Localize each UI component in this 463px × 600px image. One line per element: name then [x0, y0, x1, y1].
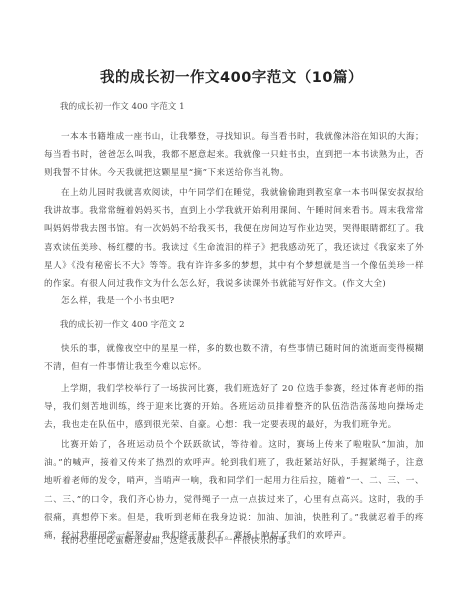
paragraph-1-2: 在上幼儿园时我就喜欢阅读，中午同学们在睡觉，我就偷偷跑到教室拿一本书叫保安叔叔给… — [44, 184, 424, 293]
section-heading-2: 我的成长初一作文 400 字范文 2 — [60, 318, 185, 330]
document-page: 我的成长初一作文400字范文（10篇） 我的成长初一作文 400 字范文 1 一… — [0, 0, 463, 600]
document-title: 我的成长初一作文400字范文（10篇） — [0, 66, 463, 87]
section-heading-1: 我的成长初一作文 400 字范文 1 — [60, 100, 185, 112]
paragraph-2-2: 上学期，我们学校举行了一场拔河比赛，我们班选好了 20 位选手参赛，经过体育老师… — [44, 380, 424, 435]
paragraph-2-4: 我的心里比吃蜜糖还要甜，这是我成长中一件很快乐的事。 — [44, 532, 424, 550]
paragraph-2-1: 快乐的事，就像夜空中的星星一样，多的数也数不清，有些事情已随时间的流逝而变得模糊… — [44, 340, 424, 376]
paragraph-2-3: 比赛开始了，各班运动员个个跃跃欲试，等待着。这时，赛场上传来了啦啦队“加油，加油… — [44, 436, 424, 545]
paragraph-1-3: 怎么样，我是一个小书虫吧? — [44, 292, 424, 310]
paragraph-1-1: 一本本书籍堆成一座书山，让我攀登，寻找知识。每当看书时，我就像沐浴在知识的大海；… — [44, 128, 424, 183]
